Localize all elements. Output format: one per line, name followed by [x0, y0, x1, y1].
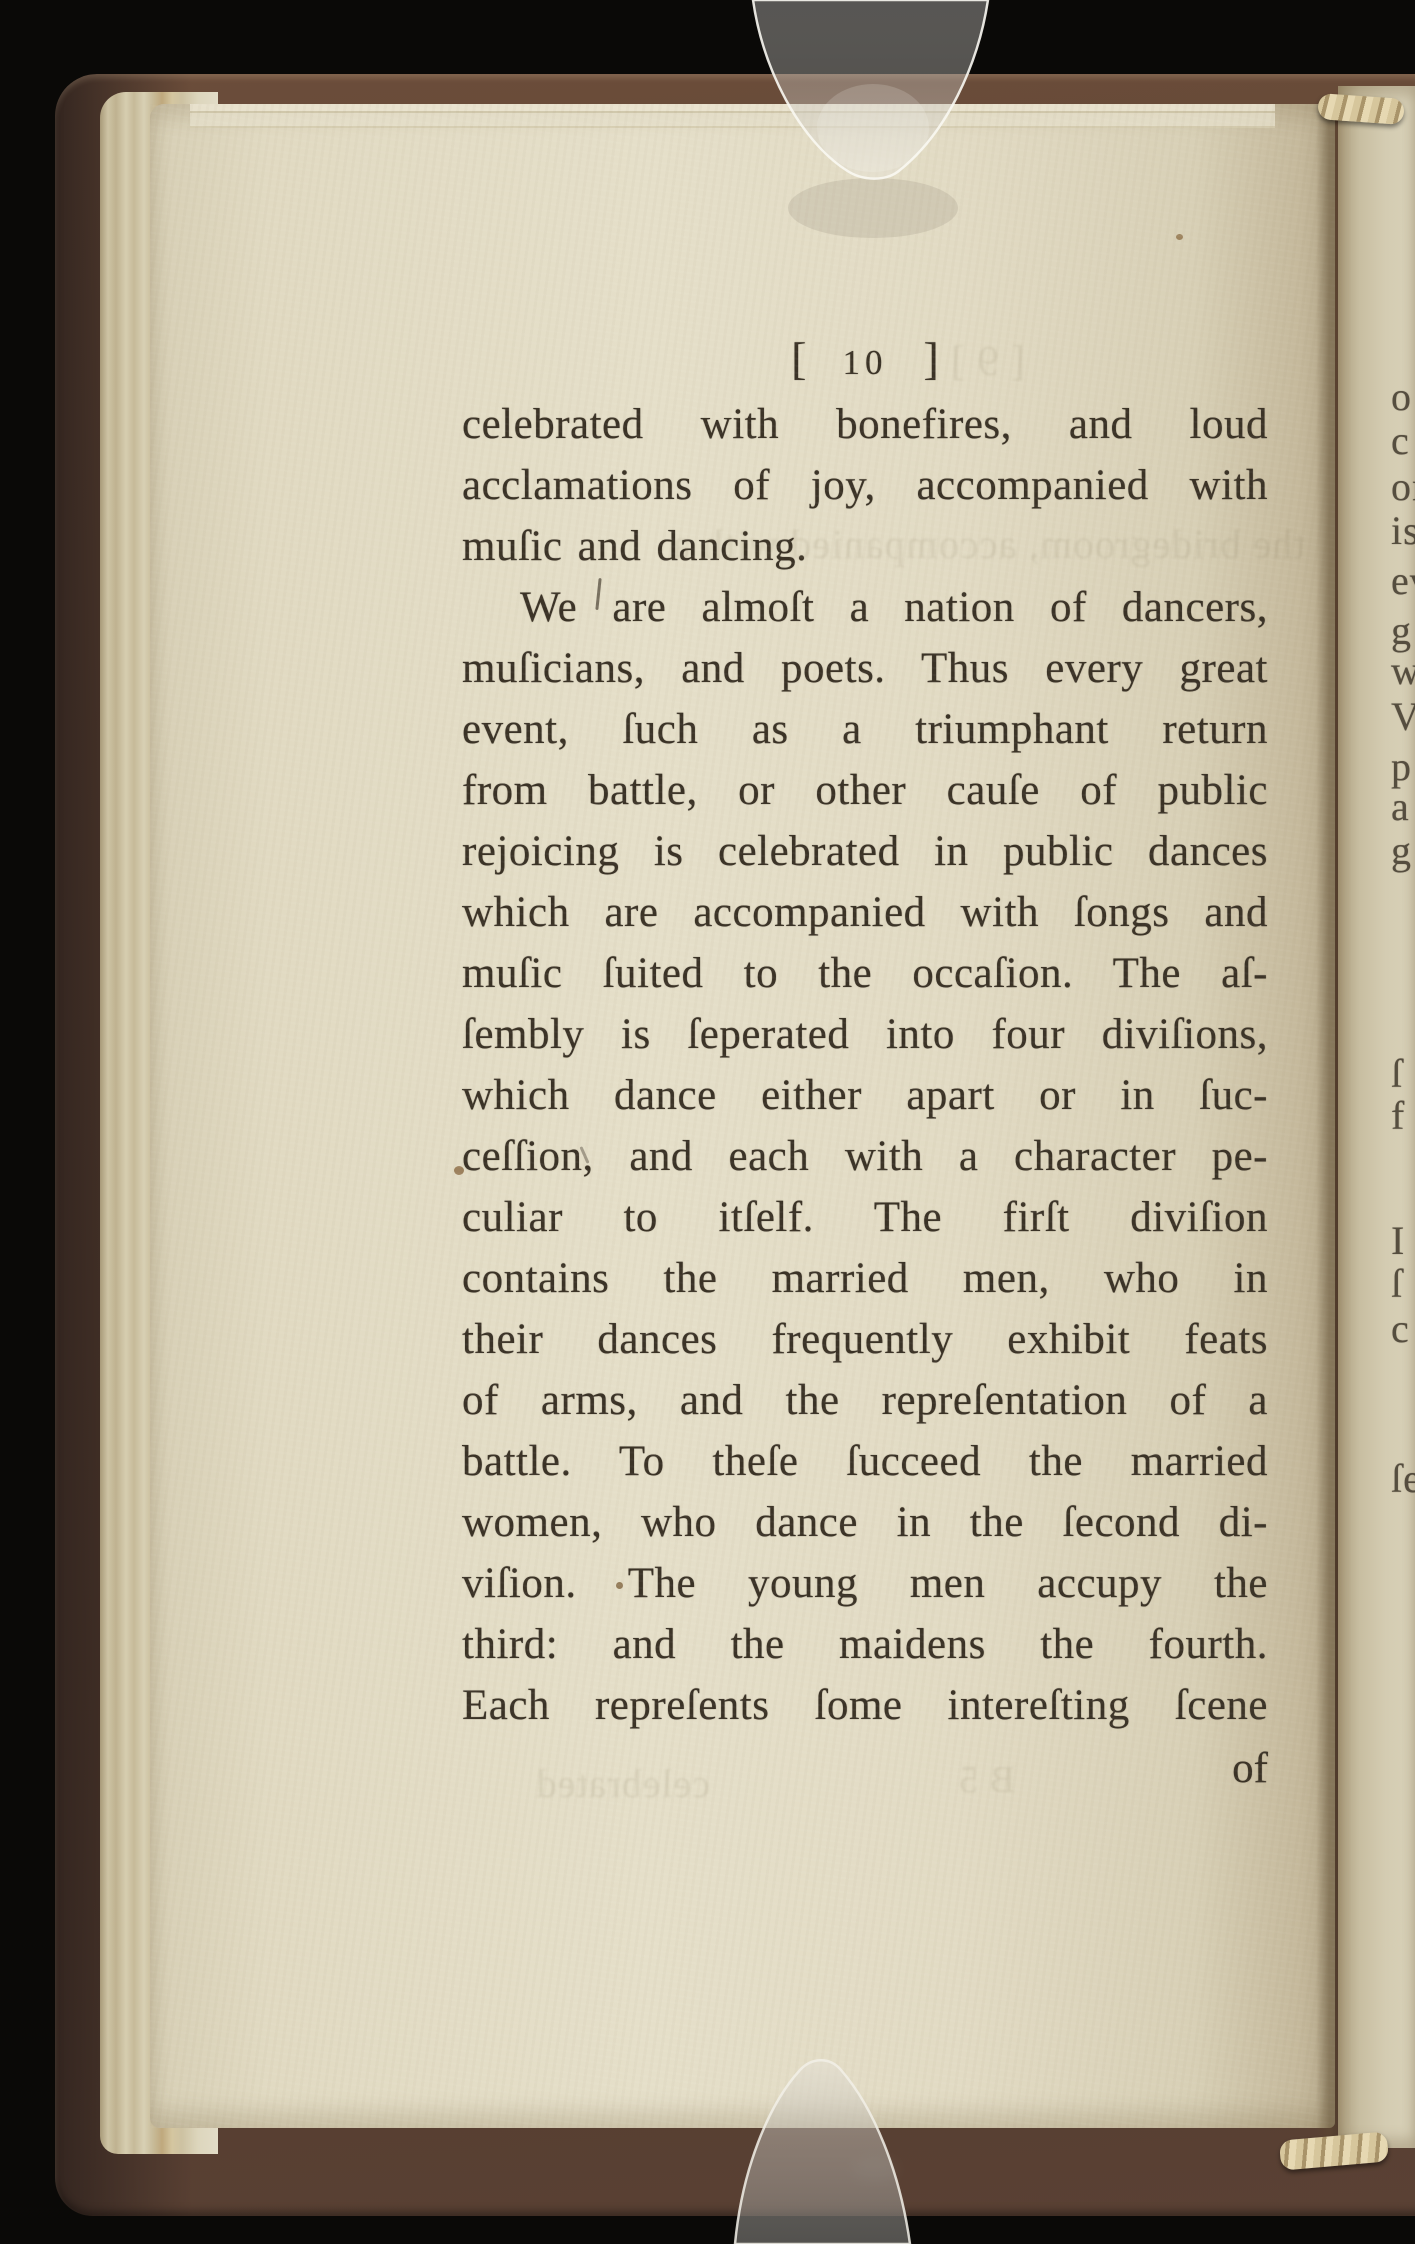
adjacent-page-letter: g: [1391, 827, 1412, 874]
adjacent-page-letter: I: [1391, 1217, 1405, 1264]
gutter-fold-shadow: [1316, 95, 1340, 2151]
text-line: culiar to itſelf. The firſt diviſion: [462, 1187, 1268, 1248]
paper-stain: [454, 1166, 464, 1175]
adjacent-page-letter: on: [1391, 463, 1415, 510]
adjacent-page-letter: o: [1391, 373, 1412, 420]
ghost-text: the bridegroom, accompanied with a: [560, 520, 1305, 568]
text-line: muſicians, and poets. Thus every great: [462, 638, 1268, 699]
text-line: battle. To theſe ſucceed the married: [462, 1431, 1268, 1492]
ghost-text: B 5: [925, 1758, 1015, 1802]
text-line: their dances frequently exhibit feats: [462, 1309, 1268, 1370]
adjacent-page-letter: c: [1391, 1305, 1410, 1352]
adjacent-page-letter: ſ: [1391, 1260, 1403, 1307]
book-page: [ 10 ] celebrated with bonefires, and lo…: [150, 104, 1335, 2128]
text-line: Each repreſents ſome intereſting ſcene: [462, 1675, 1268, 1736]
text-line: ſembly is ſeperated into four diviſions,: [462, 1004, 1268, 1065]
ghost-text: celebrated: [500, 1760, 710, 1807]
ghost-text: [ 9 ]: [795, 338, 1025, 386]
adjacent-page-letter: w: [1391, 647, 1415, 694]
text-line: third: and the maidens the fourth.: [462, 1614, 1268, 1675]
text-line: women, who dance in the ſecond di-: [462, 1492, 1268, 1553]
text-line: rejoicing is celebrated in public dances: [462, 821, 1268, 882]
adjacent-page-letter: V: [1391, 693, 1415, 740]
text-line: contains the married men, who in: [462, 1248, 1268, 1309]
photographed-book-page: [ 10 ] celebrated with bonefires, and lo…: [0, 0, 1415, 2244]
adjacent-page-letter: ev: [1391, 557, 1415, 604]
text-block: celebrated with bonefires, and loudaccla…: [462, 394, 1268, 1736]
text-line: from battle, or other cauſe of public: [462, 760, 1268, 821]
text-line: We are almoſt a nation of dancers,: [462, 577, 1268, 638]
text-line: event, ſuch as a triumphant return: [462, 699, 1268, 760]
text-line: celebrated with bonefires, and loud: [462, 394, 1268, 455]
paper-stain: [616, 1582, 623, 1589]
adjacent-page-letter: c: [1391, 417, 1410, 464]
text-line: viſion. The young men accupy the: [462, 1553, 1268, 1614]
text-line: which dance either apart or in ſuc-: [462, 1065, 1268, 1126]
adjacent-page-letter: f: [1391, 1092, 1405, 1139]
text-line: acclamations of joy, accompanied with: [462, 455, 1268, 516]
text-line: of arms, and the repreſentation of a: [462, 1370, 1268, 1431]
paper-stain: [1176, 234, 1183, 240]
adjacent-page-letter: a: [1391, 783, 1410, 830]
text-line: muſic ſuited to the occaſion. The aſ-: [462, 943, 1268, 1004]
adjacent-page-letter: is: [1391, 507, 1415, 554]
adjacent-page-letter: ſe: [1391, 1455, 1415, 1502]
adjacent-page-letter: ſ: [1391, 1050, 1403, 1097]
strap-shadow: [852, 2156, 898, 2182]
text-line: which are accompanied with ſongs and: [462, 882, 1268, 943]
